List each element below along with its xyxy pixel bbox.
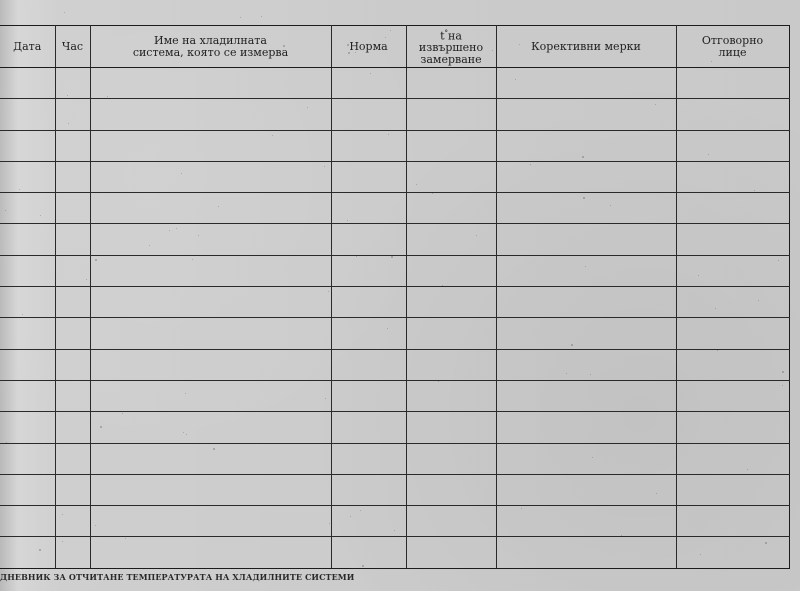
cell-responsible[interactable] [676, 99, 789, 130]
cell-date[interactable] [0, 443, 55, 474]
table-row [0, 68, 789, 99]
paper-speck [149, 245, 150, 246]
cell-time[interactable] [55, 287, 90, 318]
paper-speck [438, 381, 439, 382]
cell-responsible[interactable] [676, 506, 789, 537]
cell-corrective-actions[interactable] [496, 349, 676, 380]
cell-responsible[interactable] [676, 255, 789, 286]
header-responsible: Отговорно лице [676, 26, 789, 68]
cell-date[interactable] [0, 99, 55, 130]
paper-speck [758, 300, 759, 301]
paper-speck [492, 50, 493, 51]
paper-speck [656, 98, 657, 99]
cell-norm[interactable] [331, 412, 406, 443]
cell-responsible[interactable] [676, 537, 789, 568]
paper-speck [394, 530, 395, 531]
paper-speck [329, 523, 330, 524]
paper-speck [213, 448, 215, 450]
cell-system-name[interactable] [90, 68, 331, 99]
paper-speck [585, 266, 586, 267]
header-corrective-actions-label: Корективни мерки [531, 40, 641, 53]
header-date: Дата [0, 26, 55, 68]
form-footer-title: ДНЕВНИК ЗА ОТЧИТАНЕ ТЕМПЕРАТУРАТА НА ХЛА… [0, 572, 354, 582]
paper-speck [307, 107, 308, 108]
paper-speck [519, 44, 520, 45]
cell-time[interactable] [55, 68, 90, 99]
paper-speck [708, 154, 709, 155]
paper-speck [566, 373, 567, 374]
header-norm-label: Норма [349, 40, 387, 53]
paper-speck [19, 189, 20, 190]
paper-speck [370, 73, 371, 74]
cell-system-name[interactable] [90, 349, 331, 380]
cell-norm[interactable] [331, 318, 406, 349]
cell-system-name[interactable] [90, 318, 331, 349]
cell-corrective-actions[interactable] [496, 161, 676, 192]
cell-system-name[interactable] [90, 380, 331, 411]
paper-speck [385, 37, 386, 38]
table-row [0, 443, 789, 474]
header-measured-temp: t°на извършено замерване [406, 26, 496, 68]
cell-system-name[interactable] [90, 443, 331, 474]
cell-measured-temp[interactable] [406, 412, 496, 443]
cell-corrective-actions[interactable] [496, 506, 676, 537]
cell-norm[interactable] [331, 287, 406, 318]
cell-corrective-actions[interactable] [496, 474, 676, 505]
paper-speck [782, 371, 784, 373]
cell-date[interactable] [0, 255, 55, 286]
paper-speck [360, 510, 361, 511]
cell-norm[interactable] [331, 506, 406, 537]
cell-measured-temp[interactable] [406, 380, 496, 411]
cell-measured-temp[interactable] [406, 537, 496, 568]
paper-speck [356, 256, 357, 257]
cell-measured-temp[interactable] [406, 318, 496, 349]
paper-speck [571, 344, 573, 346]
paper-speck [283, 45, 285, 47]
cell-date[interactable] [0, 474, 55, 505]
table-row [0, 537, 789, 568]
cell-responsible[interactable] [676, 68, 789, 99]
cell-date[interactable] [0, 318, 55, 349]
paper-speck [656, 493, 657, 494]
cell-date[interactable] [0, 380, 55, 411]
paper-speck [387, 328, 388, 329]
paper-speck [125, 538, 126, 539]
paper-speck [521, 508, 522, 509]
table-row [0, 349, 789, 380]
paper-speck [534, 98, 535, 99]
table-row [0, 255, 789, 286]
paper-speck [67, 95, 68, 96]
paper-speck [700, 554, 701, 555]
table-row [0, 130, 789, 161]
cell-time[interactable] [55, 506, 90, 537]
paper-speck [183, 432, 184, 433]
cell-date[interactable] [0, 412, 55, 443]
paper-speck [582, 156, 584, 158]
cell-norm[interactable] [331, 68, 406, 99]
cell-corrective-actions[interactable] [496, 193, 676, 224]
log-body [0, 68, 789, 569]
table-row [0, 318, 789, 349]
table-row [0, 224, 789, 255]
cell-norm[interactable] [331, 130, 406, 161]
paper-speck [698, 275, 699, 276]
cell-norm[interactable] [331, 443, 406, 474]
paper-speck [416, 184, 417, 185]
paper-speck [355, 52, 356, 53]
header-date-label: Дата [13, 40, 41, 53]
cell-corrective-actions[interactable] [496, 380, 676, 411]
header-norm: Норма [331, 26, 406, 68]
paper-speck [6, 442, 7, 443]
form-page: Дата Час Име на хладилната система, коят… [0, 0, 800, 591]
cell-measured-temp[interactable] [406, 506, 496, 537]
cell-time[interactable] [55, 412, 90, 443]
paper-speck [390, 30, 391, 31]
cell-responsible[interactable] [676, 130, 789, 161]
cell-time[interactable] [55, 349, 90, 380]
cell-system-name[interactable] [90, 287, 331, 318]
cell-date[interactable] [0, 537, 55, 568]
table-row [0, 193, 789, 224]
table-row [0, 380, 789, 411]
paper-speck [782, 385, 783, 386]
paper-speck [362, 565, 364, 567]
cell-system-name[interactable] [90, 474, 331, 505]
paper-speck [40, 215, 41, 216]
paper-speck [324, 166, 325, 167]
cell-measured-temp[interactable] [406, 99, 496, 130]
paper-speck [169, 230, 170, 231]
cell-measured-temp[interactable] [406, 68, 496, 99]
cell-time[interactable] [55, 380, 90, 411]
cell-responsible[interactable] [676, 161, 789, 192]
cell-corrective-actions[interactable] [496, 224, 676, 255]
paper-speck [655, 104, 656, 105]
cell-norm[interactable] [331, 99, 406, 130]
paper-speck [68, 123, 69, 124]
paper-speck [348, 52, 350, 54]
paper-speck [711, 61, 712, 62]
cell-norm[interactable] [331, 537, 406, 568]
cell-system-name[interactable] [90, 506, 331, 537]
table-row [0, 506, 789, 537]
paper-speck [347, 220, 348, 221]
paper-speck [530, 164, 531, 165]
cell-time[interactable] [55, 193, 90, 224]
cell-norm[interactable] [331, 474, 406, 505]
header-temp-line3: замерване [420, 53, 481, 66]
cell-time[interactable] [55, 474, 90, 505]
cell-date[interactable] [0, 193, 55, 224]
paper-speck [62, 514, 63, 515]
paper-speck [592, 457, 593, 458]
cell-responsible[interactable] [676, 474, 789, 505]
paper-speck [261, 16, 262, 17]
paper-speck [62, 541, 63, 542]
cell-responsible[interactable] [676, 287, 789, 318]
header-corrective-actions: Корективни мерки [496, 26, 676, 68]
cell-norm[interactable] [331, 380, 406, 411]
paper-speck [86, 279, 87, 280]
cell-date[interactable] [0, 161, 55, 192]
cell-measured-temp[interactable] [406, 349, 496, 380]
cell-measured-temp[interactable] [406, 161, 496, 192]
paper-speck [715, 308, 716, 309]
cell-time[interactable] [55, 443, 90, 474]
cell-measured-temp[interactable] [406, 224, 496, 255]
paper-speck [64, 12, 65, 13]
paper-speck [325, 398, 326, 399]
paper-speck [476, 235, 477, 236]
cell-time[interactable] [55, 161, 90, 192]
cell-time[interactable] [55, 224, 90, 255]
cell-time[interactable] [55, 99, 90, 130]
cell-system-name[interactable] [90, 412, 331, 443]
cell-corrective-actions[interactable] [496, 537, 676, 568]
paper-speck [192, 259, 193, 260]
paper-speck [186, 434, 187, 435]
cell-corrective-actions[interactable] [496, 130, 676, 161]
cell-measured-temp[interactable] [406, 443, 496, 474]
cell-date[interactable] [0, 287, 55, 318]
cell-measured-temp[interactable] [406, 193, 496, 224]
paper-speck [176, 228, 177, 229]
cell-responsible[interactable] [676, 443, 789, 474]
cell-measured-temp[interactable] [406, 287, 496, 318]
paper-speck [22, 314, 23, 315]
header-time-label: Час [62, 40, 83, 53]
paper-speck [240, 17, 241, 18]
cell-responsible[interactable] [676, 412, 789, 443]
cell-time[interactable] [55, 130, 90, 161]
paper-speck [583, 197, 585, 199]
paper-speck [610, 205, 611, 206]
cell-norm[interactable] [331, 349, 406, 380]
cell-responsible[interactable] [676, 193, 789, 224]
cell-corrective-actions[interactable] [496, 412, 676, 443]
cell-corrective-actions[interactable] [496, 443, 676, 474]
paper-speck [107, 96, 108, 97]
paper-speck [185, 393, 186, 394]
paper-speck [717, 350, 718, 351]
paper-speck [347, 44, 349, 46]
paper-speck [95, 259, 97, 261]
cell-time[interactable] [55, 318, 90, 349]
header-row: Дата Час Име на хладилната система, коят… [0, 26, 789, 68]
cell-date[interactable] [0, 506, 55, 537]
cell-measured-temp[interactable] [406, 130, 496, 161]
table-row [0, 161, 789, 192]
paper-speck [122, 413, 123, 414]
paper-speck [747, 469, 748, 470]
cell-date[interactable] [0, 349, 55, 380]
paper-speck [218, 206, 219, 207]
paper-speck [350, 516, 351, 517]
table-row [0, 287, 789, 318]
cell-corrective-actions[interactable] [496, 99, 676, 130]
paper-speck [181, 173, 182, 174]
paper-speck [272, 135, 273, 136]
cell-date[interactable] [0, 224, 55, 255]
cell-measured-temp[interactable] [406, 474, 496, 505]
cell-norm[interactable] [331, 255, 406, 286]
cell-system-name[interactable] [90, 255, 331, 286]
cell-system-name[interactable] [90, 130, 331, 161]
paper-speck [388, 134, 389, 135]
table-row [0, 412, 789, 443]
paper-speck [5, 210, 6, 211]
paper-speck [442, 285, 443, 286]
cell-measured-temp[interactable] [406, 255, 496, 286]
cell-time[interactable] [55, 537, 90, 568]
paper-speck [328, 291, 329, 292]
table-row [0, 474, 789, 505]
paper-speck [65, 40, 66, 41]
cell-responsible[interactable] [676, 318, 789, 349]
cell-corrective-actions[interactable] [496, 255, 676, 286]
header-system-name: Име на хладилната система, която се изме… [90, 26, 331, 68]
header-time: Час [55, 26, 90, 68]
cell-corrective-actions[interactable] [496, 287, 676, 318]
temperature-log-table: Дата Час Име на хладилната система, коят… [0, 25, 790, 569]
paper-speck [590, 374, 591, 375]
paper-speck [95, 525, 96, 526]
paper-speck [765, 542, 767, 544]
header-responsible-line2: лице [719, 46, 747, 59]
cell-system-name[interactable] [90, 193, 331, 224]
cell-system-name[interactable] [90, 99, 331, 130]
cell-norm[interactable] [331, 193, 406, 224]
cell-norm[interactable] [331, 224, 406, 255]
cell-date[interactable] [0, 130, 55, 161]
paper-speck [432, 193, 433, 194]
cell-norm[interactable] [331, 161, 406, 192]
cell-system-name[interactable] [90, 537, 331, 568]
cell-date[interactable] [0, 68, 55, 99]
cell-responsible[interactable] [676, 224, 789, 255]
cell-system-name[interactable] [90, 161, 331, 192]
cell-system-name[interactable] [90, 224, 331, 255]
header-system-name-line2: система, която се измерва [133, 46, 288, 59]
paper-speck [621, 535, 622, 536]
paper-speck [198, 235, 199, 236]
paper-speck [754, 190, 755, 191]
paper-speck [515, 79, 516, 80]
cell-responsible[interactable] [676, 349, 789, 380]
cell-responsible[interactable] [676, 380, 789, 411]
cell-corrective-actions[interactable] [496, 318, 676, 349]
cell-corrective-actions[interactable] [496, 68, 676, 99]
paper-speck [391, 256, 393, 258]
paper-speck [778, 260, 779, 261]
paper-speck [100, 426, 102, 428]
cell-time[interactable] [55, 255, 90, 286]
table-row [0, 99, 789, 130]
paper-speck [39, 549, 41, 551]
